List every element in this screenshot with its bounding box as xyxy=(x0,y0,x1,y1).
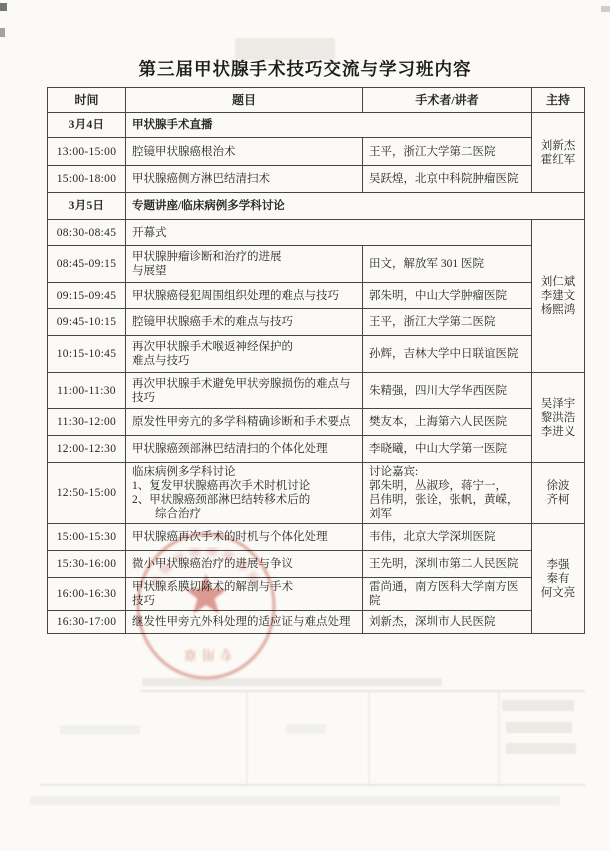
title-cell: 甲状腺手术直播 xyxy=(126,113,532,138)
bleed-through-artifact xyxy=(368,692,370,784)
bleed-through-artifact xyxy=(246,692,248,784)
speaker-cell: 田文，解放军 301 医院 xyxy=(363,246,532,283)
title-cell: 再次甲状腺手术喉返神经保护的 难点与技巧 xyxy=(126,336,363,373)
time-cell: 10:15-10:45 xyxy=(48,336,126,373)
table-row: 15:00-15:30 甲状腺癌再次手术的时机与个体化处理 韦伟，北京大学深圳医… xyxy=(48,524,585,551)
speaker-cell: 李晓曦，中山大学第一医院 xyxy=(363,436,532,463)
speaker-cell: 吴跃煌，北京中科院肿瘤医院 xyxy=(363,166,532,193)
seal-text: 专用章 xyxy=(179,647,233,662)
bleed-through-artifact xyxy=(498,692,500,784)
scanned-document-page: { "doc": { "title": "第三届甲状腺手术技巧交流与学习班内容"… xyxy=(0,0,610,851)
time-cell: 12:50-15:00 xyxy=(48,463,126,524)
scan-edge-artifact xyxy=(601,6,610,12)
table-row: 10:15-10:45 再次甲状腺手术喉返神经保护的 难点与技巧 孙辉，吉林大学… xyxy=(48,336,585,373)
speaker-cell: 王平，浙江大学第二医院 xyxy=(363,309,532,336)
time-cell: 15:30-16:00 xyxy=(48,551,126,578)
title-cell: 甲状腺肿瘤诊断和治疗的进展 与展望 xyxy=(126,246,363,283)
table-row: 09:15-09:45 甲状腺癌侵犯周围组织处理的难点与技巧 郭朱明，中山大学肿… xyxy=(48,283,585,309)
bleed-through-artifact xyxy=(142,678,442,686)
time-cell: 13:00-15:00 xyxy=(48,138,126,166)
table-row: 3月5日 专题讲座/临床病例多学科讨论 xyxy=(48,193,585,220)
bleed-through-artifact xyxy=(60,725,140,735)
time-cell: 11:30-12:00 xyxy=(48,409,126,436)
time-cell: 15:00-15:30 xyxy=(48,524,126,551)
time-cell: 12:00-12:30 xyxy=(48,436,126,463)
title-cell: 开幕式 xyxy=(126,220,532,246)
title-cell: 临床病例多学科讨论 1、复发甲状腺癌再次手术时机讨论 2、甲状腺癌颈部淋巴结转移… xyxy=(126,463,363,524)
table-row: 09:45-10:15 腔镜甲状腺癌手术的难点与技巧 王平，浙江大学第二医院 xyxy=(48,309,585,336)
table-row: 15:30-16:00 微小甲状腺癌治疗的进展与争议 王先明，深圳市第二人民医院 xyxy=(48,551,585,578)
table-row: 16:30-17:00 继发性甲旁亢外科处理的适应证与难点处理 刘新杰，深圳市人… xyxy=(48,611,585,634)
time-cell: 08:45-09:15 xyxy=(48,246,126,283)
table-row: 08:45-09:15 甲状腺肿瘤诊断和治疗的进展 与展望 田文，解放军 301… xyxy=(48,246,585,283)
speaker-cell: 雷尚通，南方医科大学南方医 院 xyxy=(363,578,532,611)
scan-edge-artifact xyxy=(0,28,5,37)
title-cell: 再次甲状腺手术避免甲状旁腺损伤的难点与 技巧 xyxy=(126,373,363,409)
title-cell: 微小甲状腺癌治疗的进展与争议 xyxy=(126,551,363,578)
bleed-through-artifact xyxy=(506,722,572,733)
title-cell: 原发性甲旁亢的多学科精确诊断和手术要点 xyxy=(126,409,363,436)
time-cell: 15:00-18:00 xyxy=(48,166,126,193)
table-row: 11:00-11:30 再次甲状腺手术避免甲状旁腺损伤的难点与 技巧 朱精强，四… xyxy=(48,373,585,409)
speaker-cell: 孙辉，吉林大学中日联谊医院 xyxy=(363,336,532,373)
header-speaker: 手术者/讲者 xyxy=(363,88,532,113)
bleed-through-artifact xyxy=(140,690,585,692)
table-row: 3月4日 甲状腺手术直播 刘新杰 霍红军 xyxy=(48,113,585,138)
header-title: 题目 xyxy=(126,88,363,113)
table-row: 12:00-12:30 甲状腺癌颈部淋巴结清扫的个体化处理 李晓曦，中山大学第一… xyxy=(48,436,585,463)
time-cell: 3月4日 xyxy=(48,113,126,138)
speaker-cell: 刘新杰，深圳市人民医院 xyxy=(363,611,532,634)
table-row: 13:00-15:00 腔镜甲状腺癌根治术 王平，浙江大学第二医院 xyxy=(48,138,585,166)
title-cell: 甲状腺癌再次手术的时机与个体化处理 xyxy=(126,524,363,551)
title-cell: 甲状腺系膜切除术的解剖与手术 技巧 xyxy=(126,578,363,611)
time-cell: 08:30-08:45 xyxy=(48,220,126,246)
title-cell: 腔镜甲状腺癌手术的难点与技巧 xyxy=(126,309,363,336)
table-row: 08:30-08:45 开幕式 刘仁斌 李建文 杨熙鸿 xyxy=(48,220,585,246)
speaker-cell: 樊友本，上海第六人民医院 xyxy=(363,409,532,436)
bleed-through-artifact xyxy=(286,724,326,734)
title-cell: 甲状腺癌侵犯周围组织处理的难点与技巧 xyxy=(126,283,363,309)
title-cell: 甲状腺癌侧方淋巴结清扫术 xyxy=(126,166,363,193)
speaker-cell: 朱精强，四川大学华西医院 xyxy=(363,373,532,409)
title-cell: 腔镜甲状腺癌根治术 xyxy=(126,138,363,166)
host-cell: 刘新杰 霍红军 xyxy=(532,113,585,193)
time-cell: 16:30-17:00 xyxy=(48,611,126,634)
bleed-through-artifact xyxy=(502,700,574,711)
host-cell: 吴泽宇 黎洪浩 李进义 xyxy=(532,373,585,463)
bleed-through-artifact xyxy=(40,784,585,786)
title-cell: 专题讲座/临床病例多学科讨论 xyxy=(126,193,585,220)
host-cell: 李强 秦有 何文亮 xyxy=(532,524,585,634)
time-cell: 09:45-10:15 xyxy=(48,309,126,336)
header-time: 时间 xyxy=(48,88,126,113)
speaker-cell: 王平，浙江大学第二医院 xyxy=(363,138,532,166)
speaker-cell: 韦伟，北京大学深圳医院 xyxy=(363,524,532,551)
table-row: 15:00-18:00 甲状腺癌侧方淋巴结清扫术 吴跃煌，北京中科院肿瘤医院 xyxy=(48,166,585,193)
scan-edge-artifact xyxy=(0,3,7,11)
time-cell: 09:15-09:45 xyxy=(48,283,126,309)
bleed-through-artifact xyxy=(506,743,576,754)
page-title: 第三届甲状腺手术技巧交流与学习班内容 xyxy=(0,56,610,81)
time-cell: 3月5日 xyxy=(48,193,126,220)
schedule-table: 时间 题目 手术者/讲者 主持 3月4日 甲状腺手术直播 刘新杰 霍红军 13:… xyxy=(47,87,585,634)
table-row: 11:30-12:00 原发性甲旁亢的多学科精确诊断和手术要点 樊友本，上海第六… xyxy=(48,409,585,436)
host-cell: 徐波 齐柯 xyxy=(532,463,585,524)
time-cell: 11:00-11:30 xyxy=(48,373,126,409)
table-row: 12:50-15:00 临床病例多学科讨论 1、复发甲状腺癌再次手术时机讨论 2… xyxy=(48,463,585,524)
title-cell: 继发性甲旁亢外科处理的适应证与难点处理 xyxy=(126,611,363,634)
title-cell: 甲状腺癌颈部淋巴结清扫的个体化处理 xyxy=(126,436,363,463)
speaker-cell: 讨论嘉宾: 郭朱明，丛淑珍，蒋宁一， 吕伟明，张诠，张帆，黄嵘， 刘军 xyxy=(363,463,532,524)
bleed-through-artifact xyxy=(30,796,560,805)
table-row: 16:00-16:30 甲状腺系膜切除术的解剖与手术 技巧 雷尚通，南方医科大学… xyxy=(48,578,585,611)
time-cell: 16:00-16:30 xyxy=(48,578,126,611)
header-host: 主持 xyxy=(532,88,585,113)
header-row: 时间 题目 手术者/讲者 主持 xyxy=(48,88,585,113)
speaker-cell: 郭朱明，中山大学肿瘤医院 xyxy=(363,283,532,309)
speaker-cell: 王先明，深圳市第二人民医院 xyxy=(363,551,532,578)
host-cell: 刘仁斌 李建文 杨熙鸿 xyxy=(532,220,585,373)
